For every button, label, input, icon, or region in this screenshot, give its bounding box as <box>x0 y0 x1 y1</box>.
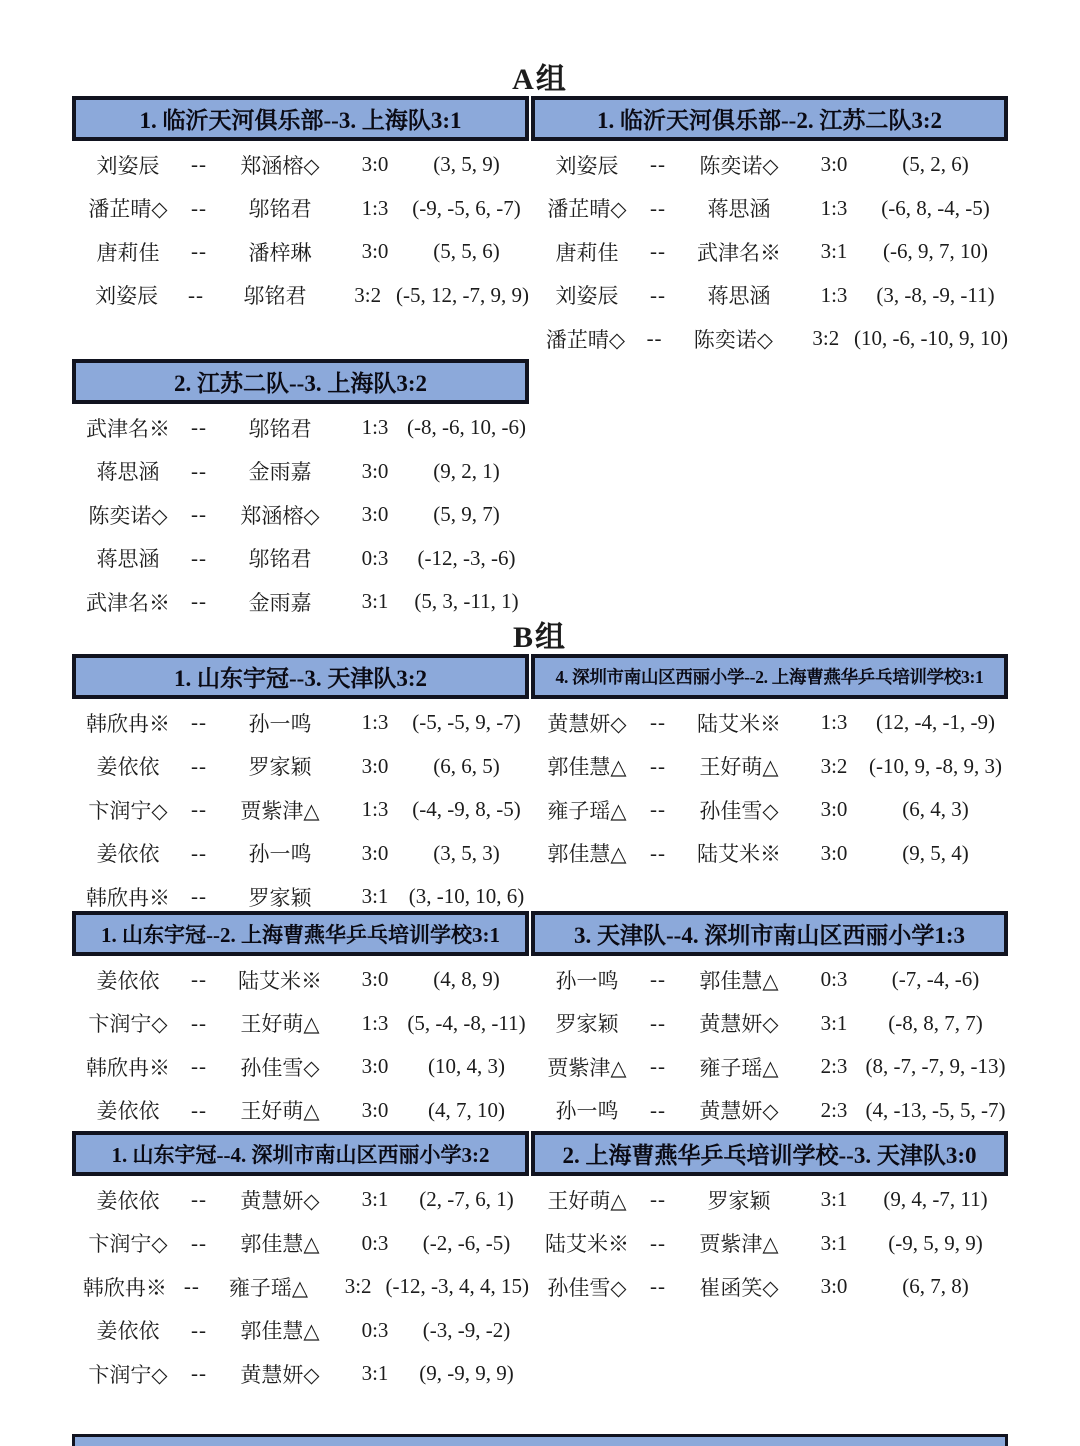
set-score: 3:0 <box>805 152 863 177</box>
player1-name: 贾紫津△ <box>531 1052 643 1082</box>
match-row: 潘芷晴◇--蒋思涵1:3(-6, 8, -4, -5) <box>531 187 1008 231</box>
match-row: 雍子瑶△--孙佳雪◇3:0(6, 4, 3) <box>531 788 1008 832</box>
player2-name: 蒋思涵 <box>673 193 805 223</box>
player1-name: 姜依依 <box>72 965 184 995</box>
player1-name: 韩欣冉※ <box>72 1272 178 1302</box>
group-a-title: A组 <box>0 54 1080 98</box>
game-points: (3, -10, 10, 6) <box>404 884 529 909</box>
player2-name: 金雨嘉 <box>214 587 346 617</box>
set-score: 3:0 <box>346 1098 404 1123</box>
player1-name: 孙一鸣 <box>531 1095 643 1125</box>
set-score: 2:3 <box>805 1054 863 1079</box>
match-block-header: 1. 临沂天河俱乐部--3. 上海队3:1 <box>72 96 529 141</box>
set-score: 3:0 <box>346 754 404 779</box>
vs-separator: -- <box>184 415 214 440</box>
match-row: 武津名※--金雨嘉3:1(5, 3, -11, 1) <box>72 580 529 624</box>
set-score: 0:3 <box>346 546 404 571</box>
match-row: 卞润宁◇--郭佳慧△0:3(-2, -6, -5) <box>72 1222 529 1266</box>
player1-name: 姜依依 <box>72 1315 184 1345</box>
match-row: 刘姿辰--邬铭君3:2(-5, 12, -7, 9, 9) <box>72 274 529 318</box>
game-points: (9, 5, 4) <box>863 841 1008 866</box>
set-score: 3:1 <box>805 1011 863 1036</box>
vs-separator: -- <box>184 459 214 484</box>
match-block-a3: 2. 江苏二队--3. 上海队3:2 武津名※--邬铭君1:3(-8, -6, … <box>72 359 529 624</box>
player1-name: 黄慧妍◇ <box>531 708 643 738</box>
match-row: 蒋思涵--金雨嘉3:0(9, 2, 1) <box>72 450 529 494</box>
match-row: 蒋思涵--邬铭君0:3(-12, -3, -6) <box>72 537 529 581</box>
player2-name: 雍子瑶△ <box>206 1272 331 1302</box>
match-row: 刘姿辰--郑涵榕◇3:0(3, 5, 9) <box>72 143 529 187</box>
player2-name: 孙一鸣 <box>214 838 346 868</box>
set-score: 3:0 <box>346 967 404 992</box>
match-row: 王好萌△--罗家颖3:1(9, 4, -7, 11) <box>531 1178 1008 1222</box>
match-block-b4: 3. 天津队--4. 深圳市南山区西丽小学1:3 孙一鸣--郭佳慧△0:3(-7… <box>531 911 1008 1132</box>
match-row: 韩欣冉※--孙一鸣1:3(-5, -5, 9, -7) <box>72 701 529 745</box>
match-row: 陈奕诺◇--郑涵榕◇3:0(5, 9, 7) <box>72 493 529 537</box>
player1-name: 卞润宁◇ <box>72 795 184 825</box>
vs-separator: -- <box>184 967 214 992</box>
player2-name: 潘梓琳 <box>214 237 346 267</box>
vs-separator: -- <box>643 797 673 822</box>
match-block-a2: 1. 临沂天河俱乐部--2. 江苏二队3:2 刘姿辰--陈奕诺◇3:0(5, 2… <box>531 96 1008 361</box>
vs-separator: -- <box>184 546 214 571</box>
player1-name: 蒋思涵 <box>72 456 184 486</box>
match-row: 孙一鸣--郭佳慧△0:3(-7, -4, -6) <box>531 958 1008 1002</box>
match-row: 韩欣冉※--雍子瑶△3:2(-12, -3, 4, 4, 15) <box>72 1265 529 1309</box>
set-score: 1:3 <box>346 415 404 440</box>
set-score: 3:1 <box>346 884 404 909</box>
vs-separator: -- <box>643 1011 673 1036</box>
player2-name: 陈奕诺◇ <box>673 150 805 180</box>
player1-name: 武津名※ <box>72 587 184 617</box>
game-points: (6, 7, 8) <box>863 1274 1008 1299</box>
game-points: (12, -4, -1, -9) <box>863 710 1008 735</box>
set-score: 2:3 <box>805 1098 863 1123</box>
player1-name: 王好萌△ <box>531 1185 643 1215</box>
player2-name: 邬铭君 <box>214 543 346 573</box>
player1-name: 唐莉佳 <box>531 237 643 267</box>
vs-separator: -- <box>184 1098 214 1123</box>
match-row: 陆艾米※--贾紫津△3:1(-9, 5, 9, 9) <box>531 1222 1008 1266</box>
player1-name: 刘姿辰 <box>72 150 184 180</box>
player1-name: 刘姿辰 <box>531 150 643 180</box>
set-score: 3:1 <box>346 1187 404 1212</box>
vs-separator: -- <box>643 196 673 221</box>
match-rows: 姜依依--黄慧妍◇3:1(2, -7, 6, 1)卞润宁◇--郭佳慧△0:3(-… <box>72 1176 529 1396</box>
player1-name: 卞润宁◇ <box>72 1359 184 1389</box>
player1-name: 陆艾米※ <box>531 1228 643 1258</box>
player2-name: 黄慧妍◇ <box>214 1359 346 1389</box>
game-points: (3, -8, -9, -11) <box>863 283 1008 308</box>
vs-separator: -- <box>643 754 673 779</box>
player1-name: 潘芷晴◇ <box>72 193 184 223</box>
player2-name: 郭佳慧△ <box>673 965 805 995</box>
set-score: 0:3 <box>346 1318 404 1343</box>
player1-name: 姜依依 <box>72 1095 184 1125</box>
player1-name: 郭佳慧△ <box>531 838 643 868</box>
player1-name: 姜依依 <box>72 751 184 781</box>
set-score: 3:0 <box>346 239 404 264</box>
match-row: 贾紫津△--雍子瑶△2:3(8, -7, -7, 9, -13) <box>531 1045 1008 1089</box>
match-block-header: 2. 江苏二队--3. 上海队3:2 <box>72 359 529 404</box>
match-rows: 黄慧妍◇--陆艾米※1:3(12, -4, -1, -9)郭佳慧△--王好萌△3… <box>531 699 1008 875</box>
match-block-b3: 1. 山东宇冠--2. 上海曹燕华乒乓培训学校3:1 姜依依--陆艾米※3:0(… <box>72 911 529 1132</box>
game-points: (5, 9, 7) <box>404 502 529 527</box>
player2-name: 罗家颖 <box>214 882 346 912</box>
vs-separator: -- <box>640 326 669 351</box>
player2-name: 孙一鸣 <box>214 708 346 738</box>
game-points: (-10, 9, -8, 9, 3) <box>863 754 1008 779</box>
match-block-header: 1. 山东宇冠--3. 天津队3:2 <box>72 654 529 699</box>
set-score: 3:0 <box>346 459 404 484</box>
game-points: (-5, -5, 9, -7) <box>404 710 529 735</box>
player2-name: 黄慧妍◇ <box>673 1008 805 1038</box>
set-score: 3:2 <box>798 326 854 351</box>
set-score: 3:0 <box>346 152 404 177</box>
game-points: (3, 5, 3) <box>404 841 529 866</box>
player2-name: 陆艾米※ <box>673 838 805 868</box>
game-points: (-3, -9, -2) <box>404 1318 529 1343</box>
player2-name: 贾紫津△ <box>673 1228 805 1258</box>
match-block-header: 4. 深圳市南山区西丽小学--2. 上海曹燕华乒乓培训学校3:1 <box>531 654 1008 699</box>
game-points: (4, 7, 10) <box>404 1098 529 1123</box>
match-row: 卞润宁◇--王好萌△1:3(5, -4, -8, -11) <box>72 1002 529 1046</box>
player2-name: 罗家颖 <box>673 1185 805 1215</box>
player1-name: 姜依依 <box>72 838 184 868</box>
player2-name: 邬铭君 <box>214 413 346 443</box>
player2-name: 王好萌△ <box>214 1095 346 1125</box>
player1-name: 卞润宁◇ <box>72 1008 184 1038</box>
set-score: 1:3 <box>805 710 863 735</box>
match-row: 郭佳慧△--王好萌△3:2(-10, 9, -8, 9, 3) <box>531 745 1008 789</box>
match-rows: 王好萌△--罗家颖3:1(9, 4, -7, 11)陆艾米※--贾紫津△3:1(… <box>531 1176 1008 1309</box>
set-score: 3:2 <box>339 283 396 308</box>
match-row: 刘姿辰--蒋思涵1:3(3, -8, -9, -11) <box>531 274 1008 318</box>
match-block-header: 1. 临沂天河俱乐部--2. 江苏二队3:2 <box>531 96 1008 141</box>
game-points: (-4, -9, 8, -5) <box>404 797 529 822</box>
player2-name: 武津名※ <box>673 237 805 267</box>
game-points: (9, -9, 9, 9) <box>404 1361 529 1386</box>
vs-separator: -- <box>643 967 673 992</box>
match-row: 武津名※--邬铭君1:3(-8, -6, 10, -6) <box>72 406 529 450</box>
player2-name: 蒋思涵 <box>673 280 805 310</box>
player1-name: 罗家颖 <box>531 1008 643 1038</box>
vs-separator: -- <box>184 1187 214 1212</box>
player2-name: 罗家颖 <box>214 751 346 781</box>
match-rows: 姜依依--陆艾米※3:0(4, 8, 9)卞润宁◇--王好萌△1:3(5, -4… <box>72 956 529 1132</box>
match-block-header: 1. 山东宇冠--4. 深圳市南山区西丽小学3:2 <box>72 1131 529 1176</box>
match-row: 姜依依--黄慧妍◇3:1(2, -7, 6, 1) <box>72 1178 529 1222</box>
vs-separator: -- <box>643 841 673 866</box>
game-points: (-8, 8, 7, 7) <box>863 1011 1008 1036</box>
set-score: 1:3 <box>346 710 404 735</box>
match-row: 潘芷晴◇--陈奕诺◇3:2(10, -6, -10, 9, 10) <box>531 317 1008 361</box>
match-block-header: 3. 天津队--4. 深圳市南山区西丽小学1:3 <box>531 911 1008 956</box>
match-row: 孙佳雪◇--崔函笑◇3:0(6, 7, 8) <box>531 1265 1008 1309</box>
game-points: (5, -4, -8, -11) <box>404 1011 529 1036</box>
player2-name: 邬铭君 <box>214 193 346 223</box>
game-points: (10, 4, 3) <box>404 1054 529 1079</box>
player2-name: 陆艾米※ <box>673 708 805 738</box>
vs-separator: -- <box>184 710 214 735</box>
match-row: 唐莉佳--潘梓琳3:0(5, 5, 6) <box>72 230 529 274</box>
set-score: 0:3 <box>346 1231 404 1256</box>
match-block-b6: 2. 上海曹燕华乒乓培训学校--3. 天津队3:0 王好萌△--罗家颖3:1(9… <box>531 1131 1008 1309</box>
match-row: 黄慧妍◇--陆艾米※1:3(12, -4, -1, -9) <box>531 701 1008 745</box>
vs-separator: -- <box>184 239 214 264</box>
player1-name: 孙一鸣 <box>531 965 643 995</box>
vs-separator: -- <box>184 1011 214 1036</box>
match-block-a1: 1. 临沂天河俱乐部--3. 上海队3:1 刘姿辰--郑涵榕◇3:0(3, 5,… <box>72 96 529 317</box>
player1-name: 蒋思涵 <box>72 543 184 573</box>
game-points: (-8, -6, 10, -6) <box>404 415 529 440</box>
set-score: 3:0 <box>346 502 404 527</box>
match-row: 姜依依--陆艾米※3:0(4, 8, 9) <box>72 958 529 1002</box>
vs-separator: -- <box>643 283 673 308</box>
game-points: (6, 4, 3) <box>863 797 1008 822</box>
set-score: 3:1 <box>805 239 863 264</box>
cutoff-next-header-strip <box>72 1434 1008 1446</box>
vs-separator: -- <box>643 152 673 177</box>
player2-name: 孙佳雪◇ <box>673 795 805 825</box>
game-points: (-7, -4, -6) <box>863 967 1008 992</box>
player2-name: 陆艾米※ <box>214 965 346 995</box>
game-points: (5, 5, 6) <box>404 239 529 264</box>
match-block-header: 2. 上海曹燕华乒乓培训学校--3. 天津队3:0 <box>531 1131 1008 1176</box>
player1-name: 唐莉佳 <box>72 237 184 267</box>
set-score: 3:2 <box>805 754 863 779</box>
vs-separator: -- <box>181 283 210 308</box>
player2-name: 黄慧妍◇ <box>214 1185 346 1215</box>
vs-separator: -- <box>643 710 673 735</box>
match-row: 姜依依--王好萌△3:0(4, 7, 10) <box>72 1089 529 1133</box>
game-points: (10, -6, -10, 9, 10) <box>854 326 1008 351</box>
vs-separator: -- <box>184 1318 214 1343</box>
player2-name: 王好萌△ <box>673 751 805 781</box>
vs-separator: -- <box>184 841 214 866</box>
set-score: 3:0 <box>805 797 863 822</box>
player2-name: 郭佳慧△ <box>214 1315 346 1345</box>
player2-name: 郑涵榕◇ <box>214 150 346 180</box>
player1-name: 雍子瑶△ <box>531 795 643 825</box>
match-row: 姜依依--孙一鸣3:0(3, 5, 3) <box>72 832 529 876</box>
vs-separator: -- <box>184 1231 214 1256</box>
vs-separator: -- <box>184 797 214 822</box>
set-score: 3:1 <box>346 1361 404 1386</box>
player1-name: 潘芷晴◇ <box>531 324 640 354</box>
results-sheet: A组 B组 1. 临沂天河俱乐部--3. 上海队3:1 刘姿辰--郑涵榕◇3:0… <box>0 0 1080 1446</box>
game-points: (-5, 12, -7, 9, 9) <box>396 283 529 308</box>
player1-name: 韩欣冉※ <box>72 1052 184 1082</box>
game-points: (2, -7, 6, 1) <box>404 1187 529 1212</box>
game-points: (-6, 8, -4, -5) <box>863 196 1008 221</box>
vs-separator: -- <box>643 239 673 264</box>
player2-name: 孙佳雪◇ <box>214 1052 346 1082</box>
set-score: 1:3 <box>346 797 404 822</box>
vs-separator: -- <box>184 152 214 177</box>
set-score: 3:0 <box>805 1274 863 1299</box>
vs-separator: -- <box>184 589 214 614</box>
game-points: (5, 3, -11, 1) <box>404 589 529 614</box>
match-block-b5: 1. 山东宇冠--4. 深圳市南山区西丽小学3:2 姜依依--黄慧妍◇3:1(2… <box>72 1131 529 1396</box>
match-row: 郭佳慧△--陆艾米※3:0(9, 5, 4) <box>531 832 1008 876</box>
match-rows: 刘姿辰--郑涵榕◇3:0(3, 5, 9)潘芷晴◇--邬铭君1:3(-9, -5… <box>72 141 529 317</box>
set-score: 3:1 <box>805 1187 863 1212</box>
match-row: 卞润宁◇--贾紫津△1:3(-4, -9, 8, -5) <box>72 788 529 832</box>
player1-name: 武津名※ <box>72 413 184 443</box>
game-points: (8, -7, -7, 9, -13) <box>863 1054 1008 1079</box>
set-score: 1:3 <box>805 283 863 308</box>
match-row: 刘姿辰--陈奕诺◇3:0(5, 2, 6) <box>531 143 1008 187</box>
game-points: (5, 2, 6) <box>863 152 1008 177</box>
set-score: 3:0 <box>805 841 863 866</box>
vs-separator: -- <box>184 884 214 909</box>
match-row: 潘芷晴◇--邬铭君1:3(-9, -5, 6, -7) <box>72 187 529 231</box>
game-points: (-12, -3, 4, 4, 15) <box>386 1274 529 1299</box>
vs-separator: -- <box>643 1054 673 1079</box>
game-points: (9, 2, 1) <box>404 459 529 484</box>
vs-separator: -- <box>184 502 214 527</box>
match-rows: 韩欣冉※--孙一鸣1:3(-5, -5, 9, -7)姜依依--罗家颖3:0(6… <box>72 699 529 919</box>
set-score: 3:0 <box>346 1054 404 1079</box>
player1-name: 刘姿辰 <box>531 280 643 310</box>
player1-name: 韩欣冉※ <box>72 708 184 738</box>
match-rows: 武津名※--邬铭君1:3(-8, -6, 10, -6)蒋思涵--金雨嘉3:0(… <box>72 404 529 624</box>
player1-name: 刘姿辰 <box>72 280 181 310</box>
game-points: (-6, 9, 7, 10) <box>863 239 1008 264</box>
match-row: 孙一鸣--黄慧妍◇2:3(4, -13, -5, 5, -7) <box>531 1089 1008 1133</box>
match-row: 姜依依--郭佳慧△0:3(-3, -9, -2) <box>72 1309 529 1353</box>
match-block-b1: 1. 山东宇冠--3. 天津队3:2 韩欣冉※--孙一鸣1:3(-5, -5, … <box>72 654 529 919</box>
player2-name: 陈奕诺◇ <box>669 324 797 354</box>
game-points: (-12, -3, -6) <box>404 546 529 571</box>
game-points: (4, -13, -5, 5, -7) <box>863 1098 1008 1123</box>
vs-separator: -- <box>184 196 214 221</box>
player1-name: 孙佳雪◇ <box>531 1272 643 1302</box>
vs-separator: -- <box>643 1274 673 1299</box>
player2-name: 郑涵榕◇ <box>214 500 346 530</box>
game-points: (-2, -6, -5) <box>404 1231 529 1256</box>
vs-separator: -- <box>178 1274 206 1299</box>
player1-name: 郭佳慧△ <box>531 751 643 781</box>
game-points: (3, 5, 9) <box>404 152 529 177</box>
set-score: 1:3 <box>346 196 404 221</box>
game-points: (4, 8, 9) <box>404 967 529 992</box>
match-block-header: 1. 山东宇冠--2. 上海曹燕华乒乓培训学校3:1 <box>72 911 529 956</box>
player2-name: 王好萌△ <box>214 1008 346 1038</box>
game-points: (6, 6, 5) <box>404 754 529 779</box>
set-score: 1:3 <box>346 1011 404 1036</box>
match-rows: 刘姿辰--陈奕诺◇3:0(5, 2, 6)潘芷晴◇--蒋思涵1:3(-6, 8,… <box>531 141 1008 361</box>
set-score: 3:2 <box>331 1274 386 1299</box>
player2-name: 雍子瑶△ <box>673 1052 805 1082</box>
set-score: 0:3 <box>805 967 863 992</box>
vs-separator: -- <box>184 1361 214 1386</box>
set-score: 3:1 <box>346 589 404 614</box>
match-row: 姜依依--罗家颖3:0(6, 6, 5) <box>72 745 529 789</box>
vs-separator: -- <box>184 1054 214 1079</box>
match-block-b2: 4. 深圳市南山区西丽小学--2. 上海曹燕华乒乓培训学校3:1 黄慧妍◇--陆… <box>531 654 1008 875</box>
match-row: 罗家颖--黄慧妍◇3:1(-8, 8, 7, 7) <box>531 1002 1008 1046</box>
player1-name: 韩欣冉※ <box>72 882 184 912</box>
vs-separator: -- <box>643 1231 673 1256</box>
player2-name: 郭佳慧△ <box>214 1228 346 1258</box>
game-points: (-9, -5, 6, -7) <box>404 196 529 221</box>
player2-name: 崔函笑◇ <box>673 1272 805 1302</box>
game-points: (-9, 5, 9, 9) <box>863 1231 1008 1256</box>
player2-name: 金雨嘉 <box>214 456 346 486</box>
vs-separator: -- <box>184 754 214 779</box>
vs-separator: -- <box>643 1098 673 1123</box>
match-row: 韩欣冉※--孙佳雪◇3:0(10, 4, 3) <box>72 1045 529 1089</box>
match-row: 唐莉佳--武津名※3:1(-6, 9, 7, 10) <box>531 230 1008 274</box>
player1-name: 卞润宁◇ <box>72 1228 184 1258</box>
set-score: 3:0 <box>346 841 404 866</box>
player1-name: 陈奕诺◇ <box>72 500 184 530</box>
player1-name: 潘芷晴◇ <box>531 193 643 223</box>
player2-name: 邬铭君 <box>211 280 340 310</box>
player2-name: 黄慧妍◇ <box>673 1095 805 1125</box>
vs-separator: -- <box>643 1187 673 1212</box>
player1-name: 姜依依 <box>72 1185 184 1215</box>
match-row: 卞润宁◇--黄慧妍◇3:1(9, -9, 9, 9) <box>72 1352 529 1396</box>
game-points: (9, 4, -7, 11) <box>863 1187 1008 1212</box>
match-rows: 孙一鸣--郭佳慧△0:3(-7, -4, -6)罗家颖--黄慧妍◇3:1(-8,… <box>531 956 1008 1132</box>
set-score: 3:1 <box>805 1231 863 1256</box>
player2-name: 贾紫津△ <box>214 795 346 825</box>
set-score: 1:3 <box>805 196 863 221</box>
